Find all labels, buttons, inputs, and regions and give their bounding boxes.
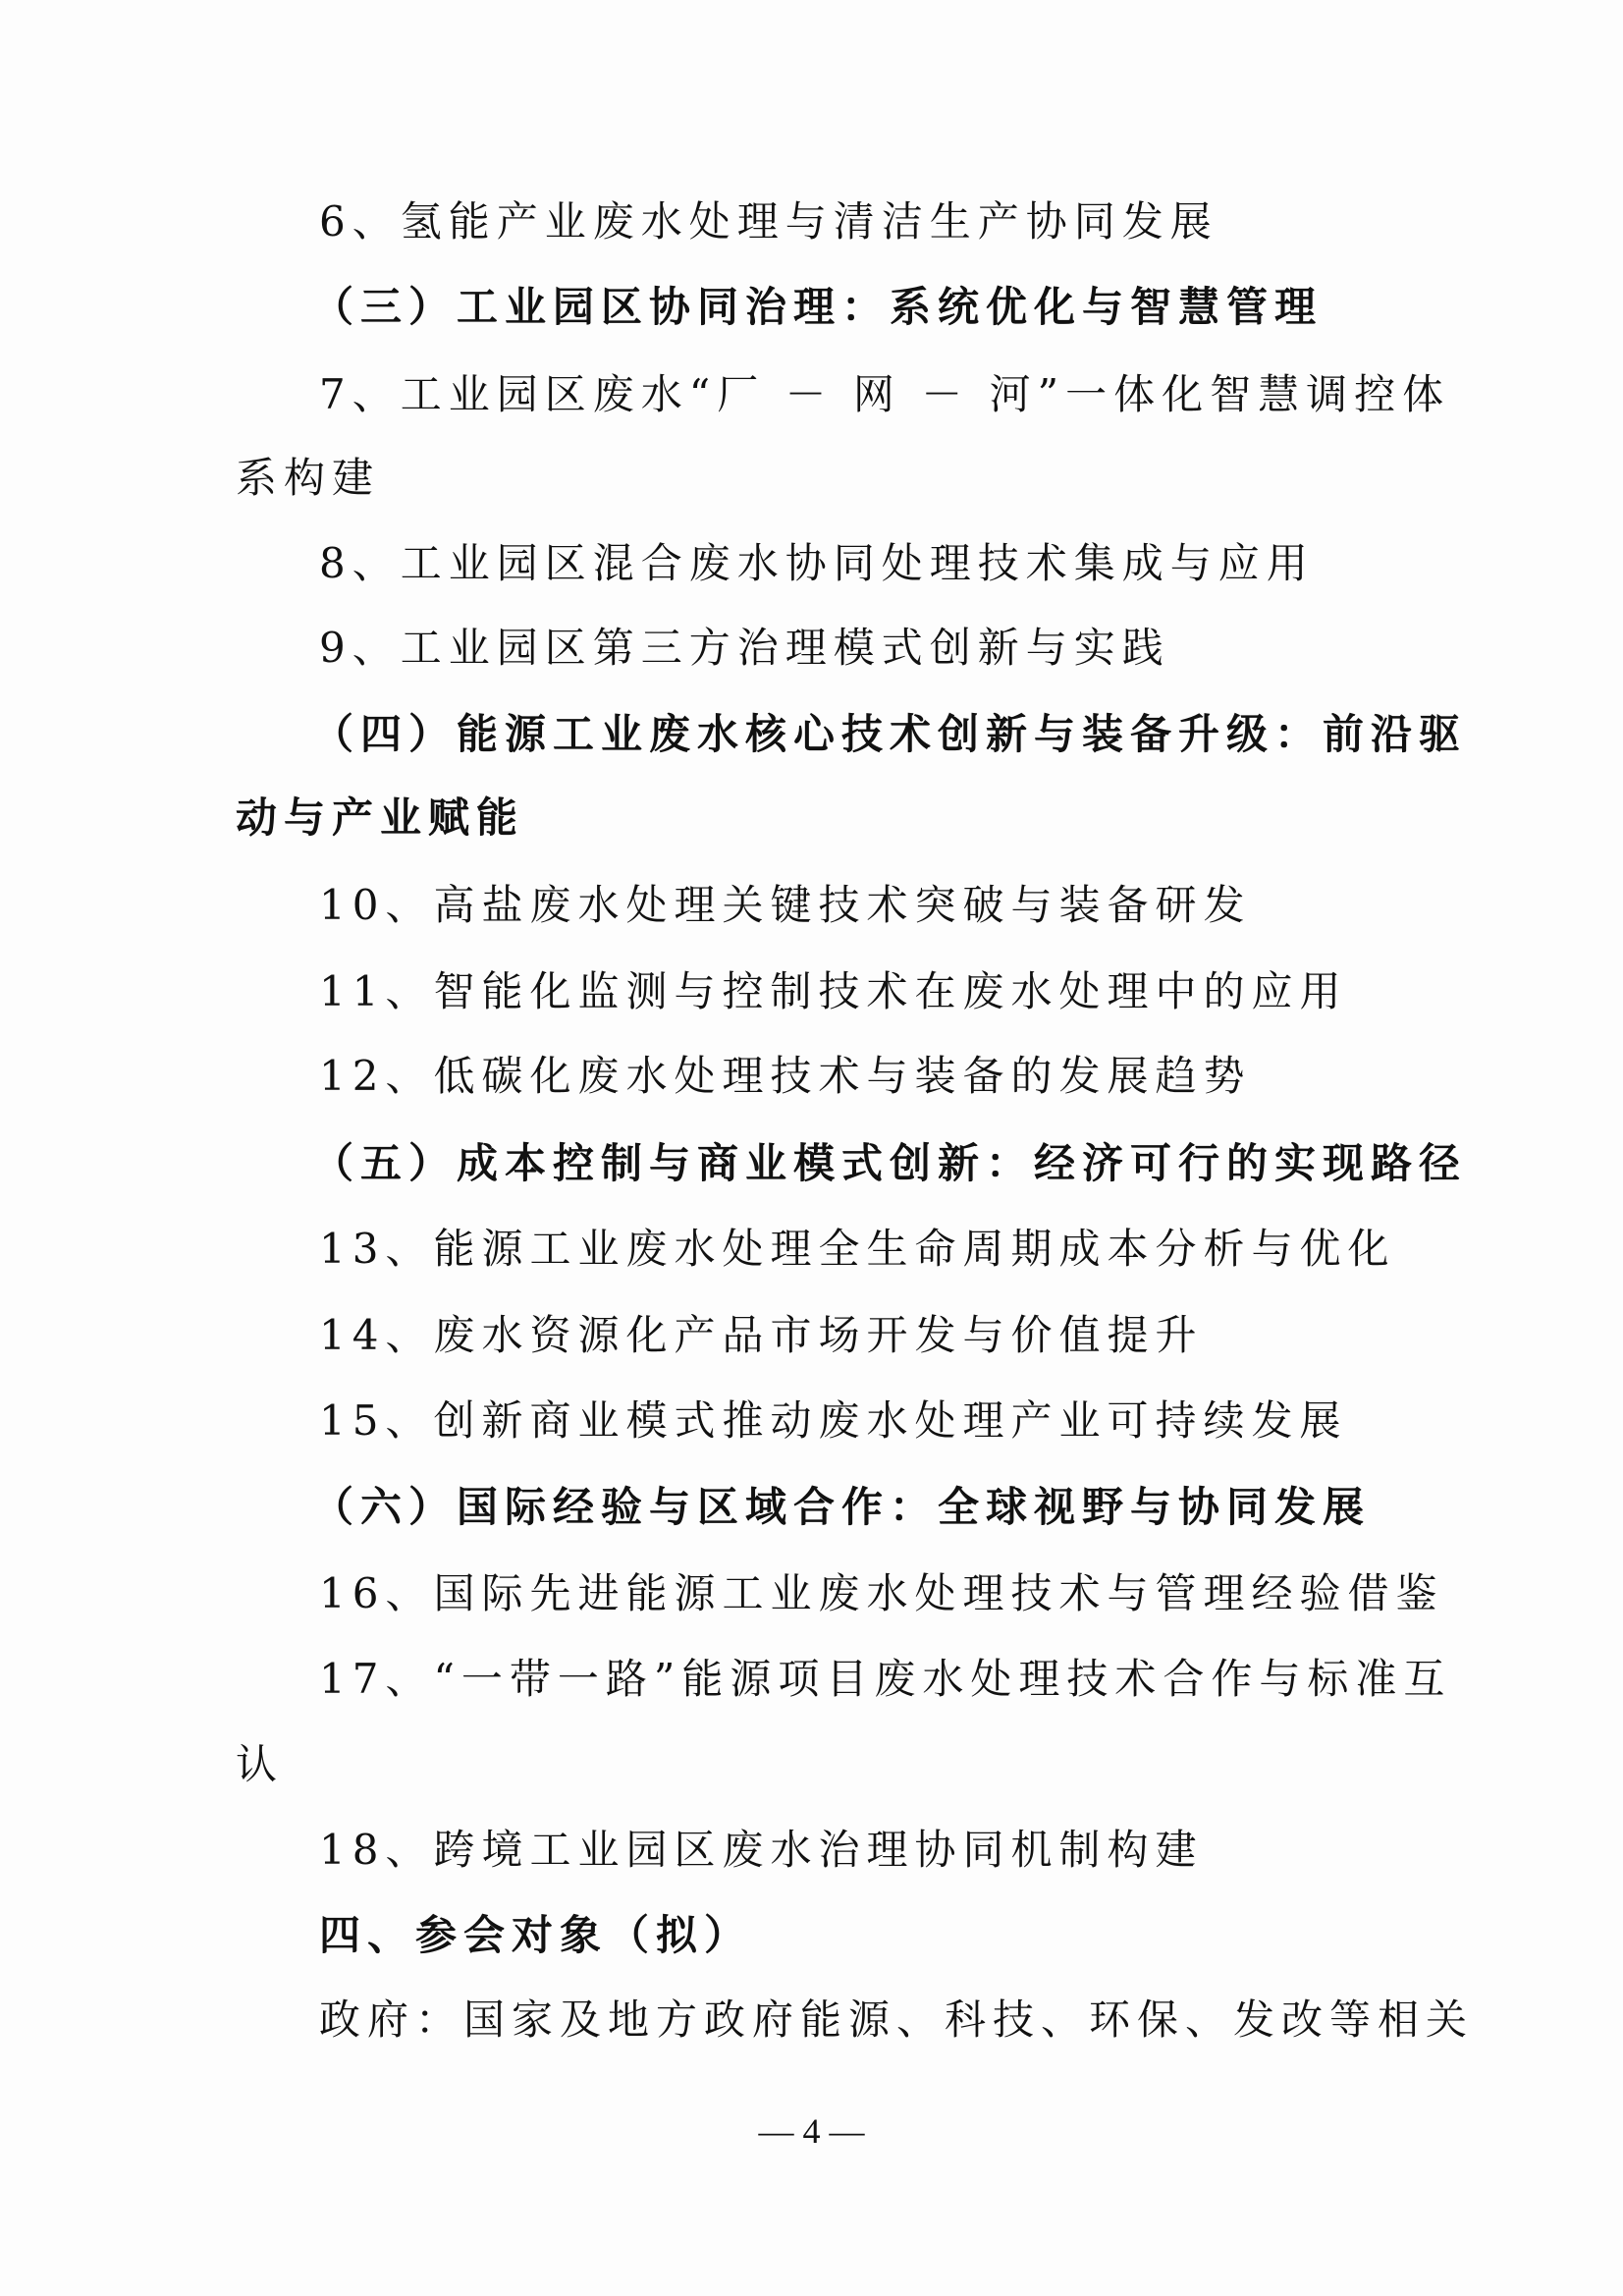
section-4-heading: 四、参会对象（拟） bbox=[319, 1908, 1468, 1963]
item-15: 15、创新商业模式推动废水处理产业可持续发展 bbox=[319, 1394, 1468, 1449]
heading-4-wrap: 动与产业赋能 bbox=[236, 791, 1384, 846]
item-11: 11、智能化监测与控制技术在废水处理中的应用 bbox=[319, 964, 1468, 1019]
item-8: 8、工业园区混合废水协同处理技术集成与应用 bbox=[319, 536, 1468, 591]
item-14: 14、废水资源化产品市场开发与价值提升 bbox=[319, 1308, 1468, 1363]
item-9: 9、工业园区第三方治理模式创新与实践 bbox=[319, 621, 1468, 676]
item-17-wrap: 认 bbox=[236, 1737, 1384, 1792]
document-page: 6、氢能产业废水处理与清洁生产协同发展 （三）工业园区协同治理：系统优化与智慧管… bbox=[0, 0, 1623, 2296]
heading-4: （四）能源工业废水核心技术创新与装备升级：前沿驱 bbox=[312, 707, 1461, 762]
heading-5: （五）成本控制与商业模式创新：经济可行的实现路径 bbox=[312, 1136, 1461, 1191]
item-17: 17、“一带一路”能源项目废水处理技术合作与标准互 bbox=[319, 1652, 1468, 1707]
item-6: 6、氢能产业废水处理与清洁生产协同发展 bbox=[319, 194, 1468, 249]
item-10: 10、高盐废水处理关键技术突破与装备研发 bbox=[319, 878, 1468, 933]
item-12: 12、低碳化废水处理技术与装备的发展趋势 bbox=[319, 1049, 1468, 1104]
heading-3: （三）工业园区协同治理：系统优化与智慧管理 bbox=[312, 280, 1461, 335]
heading-6: （六）国际经验与区域合作：全球视野与协同发展 bbox=[312, 1480, 1461, 1535]
item-7: 7、工业园区废水“厂 － 网 － 河”一体化智慧调控体 bbox=[319, 367, 1468, 422]
item-18: 18、跨境工业园区废水治理协同机制构建 bbox=[319, 1823, 1468, 1878]
participants-government: 政府：国家及地方政府能源、科技、环保、发改等相关 bbox=[319, 1993, 1468, 2048]
item-16: 16、国际先进能源工业废水处理技术与管理经验借鉴 bbox=[319, 1566, 1468, 1621]
item-13: 13、能源工业废水处理全生命周期成本分析与优化 bbox=[319, 1222, 1468, 1277]
item-7-wrap: 系构建 bbox=[236, 451, 1384, 506]
page-number: — 4 — bbox=[0, 2106, 1623, 2156]
